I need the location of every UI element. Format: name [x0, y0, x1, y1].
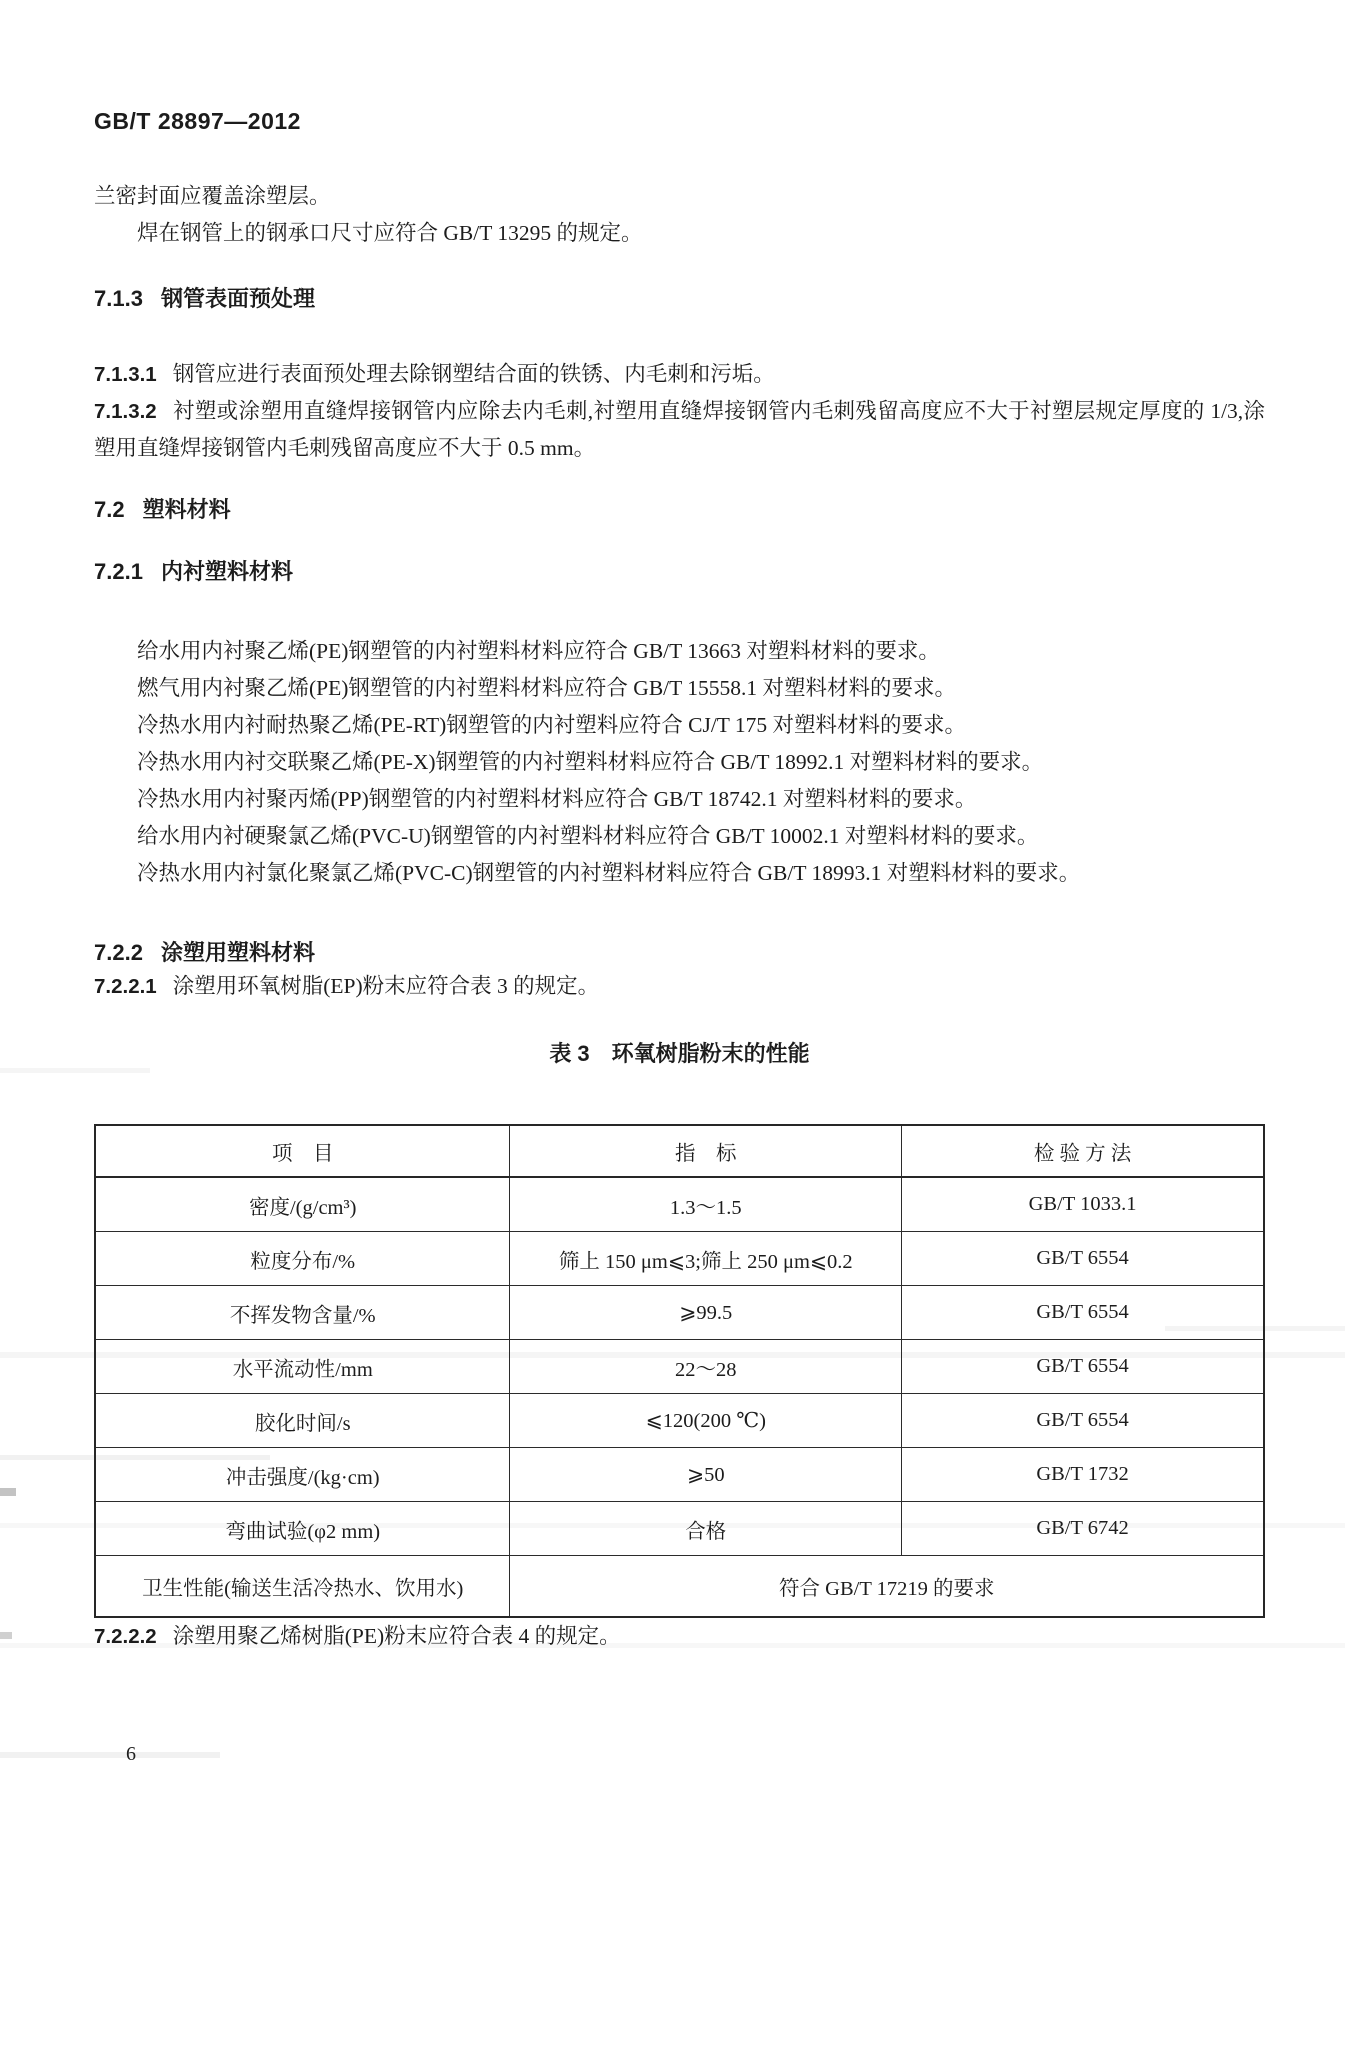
document-page: GB/T 28897—2012 兰密封面应覆盖涂塑层。 焊在钢管上的钢承口尺寸应… [0, 0, 1345, 1766]
heading-7-2: 7.2塑料材料 [94, 495, 1265, 525]
heading-number: 7.2.2 [94, 940, 143, 965]
clause-text: 钢管应进行表面预处理去除钢塑结合面的铁锈、内毛刺和污垢。 [173, 362, 775, 386]
cell-spec: ⩾50 [510, 1448, 902, 1502]
heading-title: 塑料材料 [143, 497, 231, 522]
clause-7-2-2-1: 7.2.2.1涂塑用环氧树脂(EP)粉末应符合表 3 的规定。 [94, 968, 1265, 1005]
cell-spec: 筛上 150 μm⩽3;筛上 250 μm⩽0.2 [510, 1232, 902, 1286]
table-row-density: 密度/(g/cm³) 1.3～1.5 GB/T 1033.1 [95, 1177, 1264, 1232]
paragraph-material-pe-water: 给水用内衬聚乙烯(PE)钢塑管的内衬塑料材料应符合 GB/T 13663 对塑料… [94, 633, 1265, 670]
page-number: 6 [94, 1743, 1265, 1766]
cell-spec: ⩾99.5 [510, 1286, 902, 1340]
clause-text: 涂塑用环氧树脂(EP)粉末应符合表 3 的规定。 [173, 974, 599, 998]
cell-method: GB/T 6554 [902, 1286, 1264, 1340]
column-header-spec: 指 标 [510, 1125, 902, 1177]
cell-item: 胶化时间/s [95, 1394, 510, 1448]
paragraph-flange-coating: 兰密封面应覆盖涂塑层。 [94, 178, 1265, 215]
heading-7-2-2: 7.2.2涂塑用塑料材料 [94, 938, 1265, 968]
heading-7-2-1: 7.2.1内衬塑料材料 [94, 557, 1265, 587]
table-row-bend-test: 弯曲试验(φ2 mm) 合格 GB/T 6742 [95, 1502, 1264, 1556]
cell-method: GB/T 6554 [902, 1340, 1264, 1394]
cell-item: 弯曲试验(φ2 mm) [95, 1502, 510, 1556]
heading-number: 7.2.1 [94, 559, 143, 584]
table-header-row: 项 目 指 标 检 验 方 法 [95, 1125, 1264, 1177]
clause-7-2-2-2: 7.2.2.2涂塑用聚乙烯树脂(PE)粉末应符合表 4 的规定。 [94, 1618, 1265, 1655]
clause-text: 衬塑或涂塑用直缝焊接钢管内应除去内毛刺,衬塑用直缝焊接钢管内毛刺残留高度应不大于… [94, 399, 1265, 460]
cell-hygiene-requirement: 符合 GB/T 17219 的要求 [510, 1556, 1264, 1618]
clause-7-1-3-2: 7.1.3.2衬塑或涂塑用直缝焊接钢管内应除去内毛刺,衬塑用直缝焊接钢管内毛刺残… [94, 393, 1265, 467]
table-row-flowability: 水平流动性/mm 22～28 GB/T 6554 [95, 1340, 1264, 1394]
cell-item: 冲击强度/(kg·cm) [95, 1448, 510, 1502]
cell-item: 不挥发物含量/% [95, 1286, 510, 1340]
cell-item: 密度/(g/cm³) [95, 1177, 510, 1232]
table-row-hygiene: 卫生性能(输送生活冷热水、饮用水) 符合 GB/T 17219 的要求 [95, 1556, 1264, 1618]
paragraph-material-pp: 冷热水用内衬聚丙烯(PP)钢塑管的内衬塑料材料应符合 GB/T 18742.1 … [94, 781, 1265, 818]
clause-7-1-3-1: 7.1.3.1钢管应进行表面预处理去除钢塑结合面的铁锈、内毛刺和污垢。 [94, 356, 1265, 393]
heading-title: 钢管表面预处理 [161, 286, 315, 311]
cell-item: 粒度分布/% [95, 1232, 510, 1286]
heading-number: 7.1.3 [94, 286, 143, 311]
paragraph-material-pe-rt: 冷热水用内衬耐热聚乙烯(PE-RT)钢塑管的内衬塑料应符合 CJ/T 175 对… [94, 707, 1265, 744]
paragraph-material-pvc-u: 给水用内衬硬聚氯乙烯(PVC-U)钢塑管的内衬塑料材料应符合 GB/T 1000… [94, 818, 1265, 855]
cell-spec: ⩽120(200 ℃) [510, 1394, 902, 1448]
clause-number: 7.2.2.1 [94, 975, 157, 998]
paragraph-material-pvc-c: 冷热水用内衬氯化聚氯乙烯(PVC-C)钢塑管的内衬塑料材料应符合 GB/T 18… [94, 855, 1265, 892]
table-row-particle-size: 粒度分布/% 筛上 150 μm⩽3;筛上 250 μm⩽0.2 GB/T 65… [95, 1232, 1264, 1286]
paragraph-welded-socket: 焊在钢管上的钢承口尺寸应符合 GB/T 13295 的规定。 [94, 215, 1265, 252]
paragraph-material-pe-x: 冷热水用内衬交联聚乙烯(PE-X)钢塑管的内衬塑料材料应符合 GB/T 1899… [94, 744, 1265, 781]
table-row-nonvolatile: 不挥发物含量/% ⩾99.5 GB/T 6554 [95, 1286, 1264, 1340]
clause-number: 7.1.3.1 [94, 363, 157, 386]
cell-method: GB/T 1033.1 [902, 1177, 1264, 1232]
table-row-impact-strength: 冲击强度/(kg·cm) ⩾50 GB/T 1732 [95, 1448, 1264, 1502]
clause-text: 涂塑用聚乙烯树脂(PE)粉末应符合表 4 的规定。 [173, 1624, 621, 1648]
heading-7-1-3: 7.1.3钢管表面预处理 [94, 284, 1265, 314]
cell-item: 卫生性能(输送生活冷热水、饮用水) [95, 1556, 510, 1618]
cell-item: 水平流动性/mm [95, 1340, 510, 1394]
standard-number: GB/T 28897—2012 [94, 106, 1265, 136]
cell-method: GB/T 6554 [902, 1232, 1264, 1286]
table-3-caption: 表 3 环氧树脂粉末的性能 [94, 1037, 1265, 1068]
cell-method: GB/T 6742 [902, 1502, 1264, 1556]
scanned-standard-page: { "header": { "doc_number": "GB/T 28897—… [0, 0, 1345, 2048]
cell-spec: 1.3～1.5 [510, 1177, 902, 1232]
column-header-method: 检 验 方 法 [902, 1125, 1264, 1177]
table-row-gel-time: 胶化时间/s ⩽120(200 ℃) GB/T 6554 [95, 1394, 1264, 1448]
heading-title: 内衬塑料材料 [161, 559, 293, 584]
column-header-item: 项 目 [95, 1125, 510, 1177]
cell-method: GB/T 6554 [902, 1394, 1264, 1448]
cell-spec: 合格 [510, 1502, 902, 1556]
table-3-epoxy-powder-properties: 项 目 指 标 检 验 方 法 密度/(g/cm³) 1.3～1.5 GB/T … [94, 1124, 1265, 1618]
clause-number: 7.2.2.2 [94, 1625, 157, 1648]
cell-method: GB/T 1732 [902, 1448, 1264, 1502]
clause-number: 7.1.3.2 [94, 400, 157, 423]
heading-number: 7.2 [94, 497, 125, 522]
paragraph-material-pe-gas: 燃气用内衬聚乙烯(PE)钢塑管的内衬塑料材料应符合 GB/T 15558.1 对… [94, 670, 1265, 707]
cell-spec: 22～28 [510, 1340, 902, 1394]
heading-title: 涂塑用塑料材料 [161, 940, 315, 965]
